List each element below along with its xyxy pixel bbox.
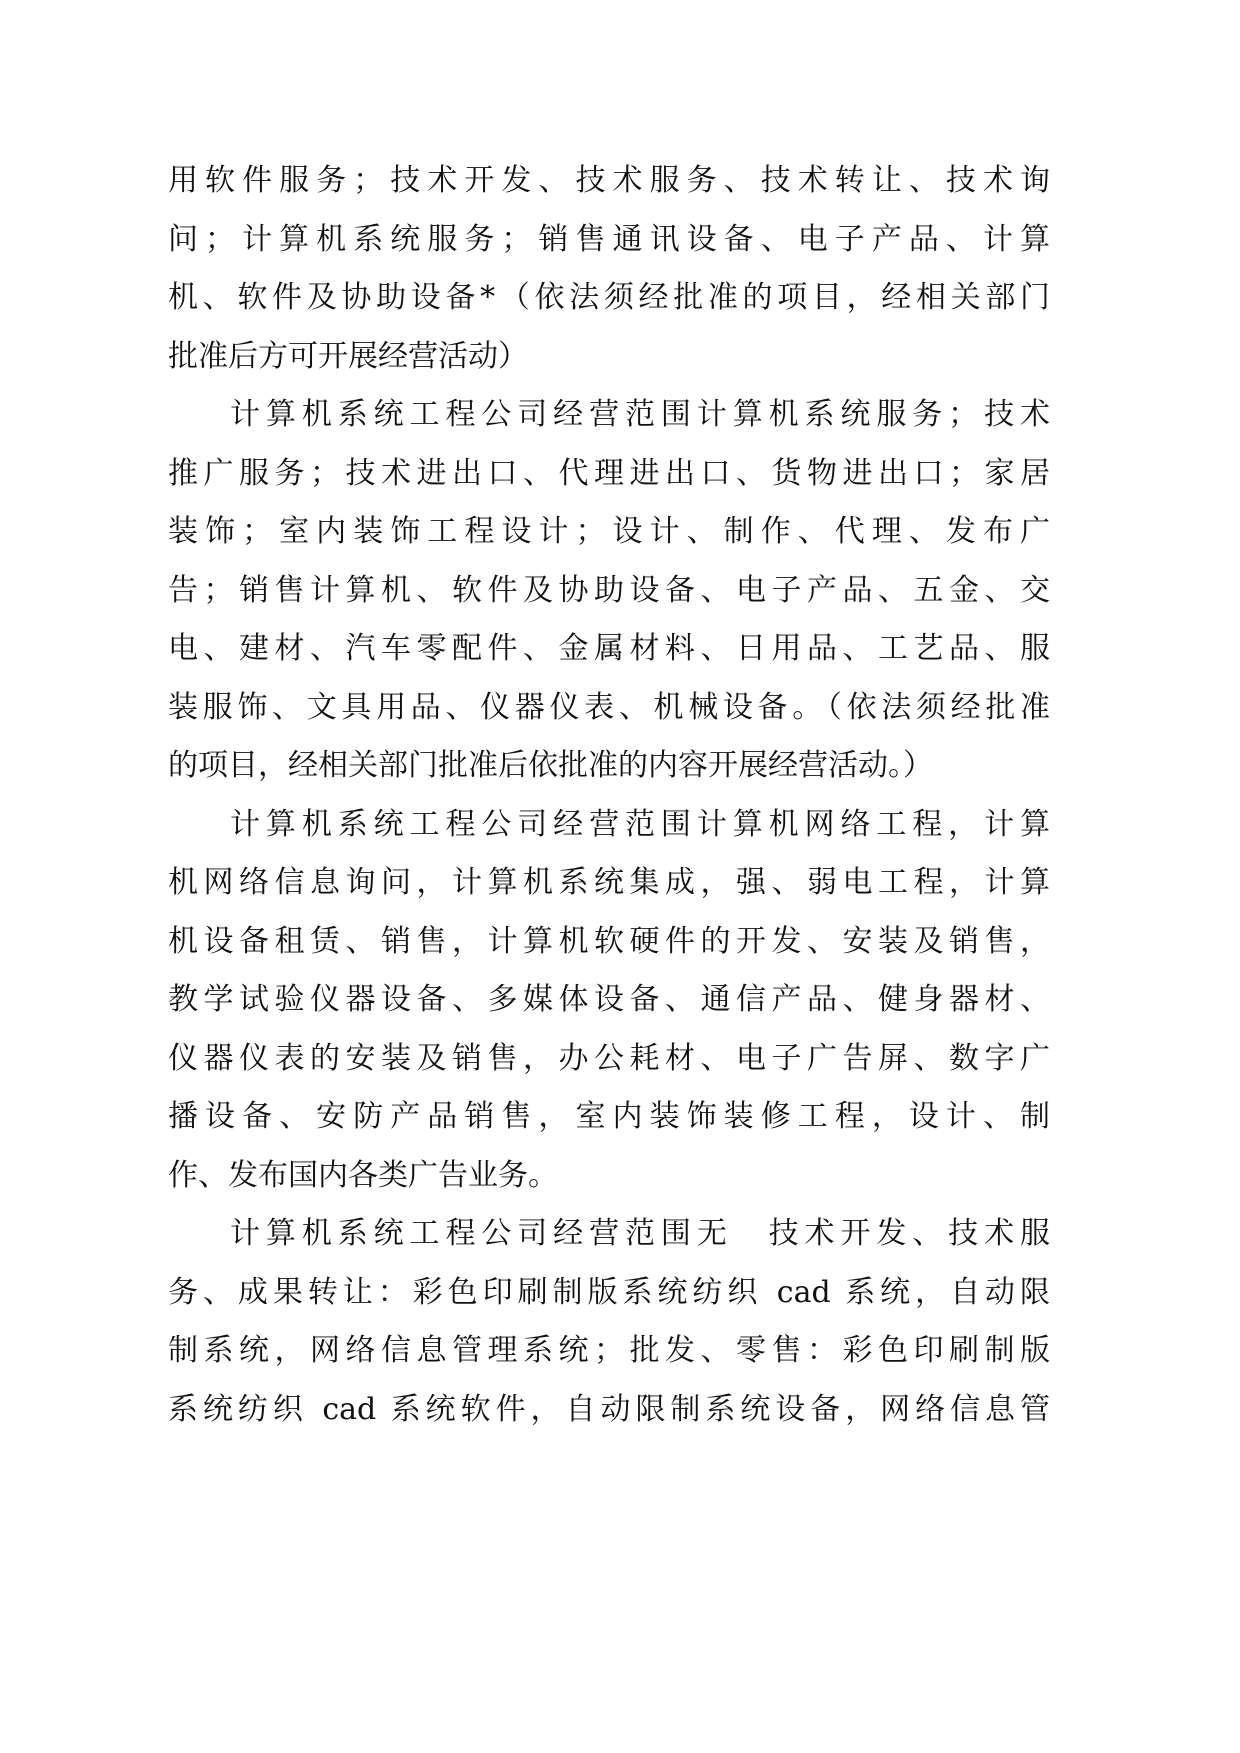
paragraph-3: 计算机系统工程公司经营范围计算机网络工程，计算 机网络信息询问，计算机系统集成，… [168,796,1050,1206]
text-line: 告；销售计算机、软件及协助设备、电子产品、五金、交 [168,562,1050,621]
text-line: 推广服务；技术进出口、代理进出口、货物进出口；家居 [168,445,1050,504]
text-line: 的项目，经相关部门批准后依批准的内容开展经营活动。） [168,737,1050,796]
document-page: 用软件服务；技术开发、技术服务、技术转让、技术询 问；计算机系统服务；销售通讯设… [168,152,1050,1439]
text-line: 电、建材、汽车零配件、金属材料、日用品、工艺品、服 [168,620,1050,679]
text-line: 装服饰、文具用品、仪器仪表、机械设备。（依法须经批准 [168,679,1050,738]
text-line: 务、成果转让：彩色印刷制版系统纺织 cad 系统，自动限 [168,1264,1050,1323]
text-line: 教学试验仪器设备、多媒体设备、通信产品、健身器材、 [168,971,1050,1030]
text-line: 机设备租赁、销售，计算机软硬件的开发、安装及销售， [168,913,1050,972]
text-line: 仪器仪表的安装及销售，办公耗材、电子广告屏、数字广 [168,1030,1050,1089]
paragraph-2: 计算机系统工程公司经营范围计算机系统服务；技术 推广服务；技术进出口、代理进出口… [168,386,1050,796]
text-line: 播设备、安防产品销售，室内装饰装修工程，设计、制 [168,1088,1050,1147]
text-line: 作、发布国内各类广告业务。 [168,1147,1050,1206]
text-line: 计算机系统工程公司经营范围计算机网络工程，计算 [168,796,1050,855]
text-line: 装饰；室内装饰工程设计；设计、制作、代理、发布广 [168,503,1050,562]
text-line: 制系统，网络信息管理系统；批发、零售：彩色印刷制版 [168,1322,1050,1381]
text-line: 计算机系统工程公司经营范围无 技术开发、技术服 [168,1205,1050,1264]
paragraph-1: 用软件服务；技术开发、技术服务、技术转让、技术询 问；计算机系统服务；销售通讯设… [168,152,1050,386]
text-line: 计算机系统工程公司经营范围计算机系统服务；技术 [168,386,1050,445]
text-line: 系统纺织 cad 系统软件，自动限制系统设备，网络信息管 [168,1381,1050,1440]
text-line: 用软件服务；技术开发、技术服务、技术转让、技术询 [168,152,1050,211]
text-line: 问；计算机系统服务；销售通讯设备、电子产品、计算 [168,211,1050,270]
text-line: 机、软件及协助设备*（依法须经批准的项目，经相关部门 [168,269,1050,328]
text-line: 批准后方可开展经营活动） [168,328,1050,387]
text-line: 机网络信息询问，计算机系统集成，强、弱电工程，计算 [168,854,1050,913]
paragraph-4: 计算机系统工程公司经营范围无 技术开发、技术服 务、成果转让：彩色印刷制版系统纺… [168,1205,1050,1439]
